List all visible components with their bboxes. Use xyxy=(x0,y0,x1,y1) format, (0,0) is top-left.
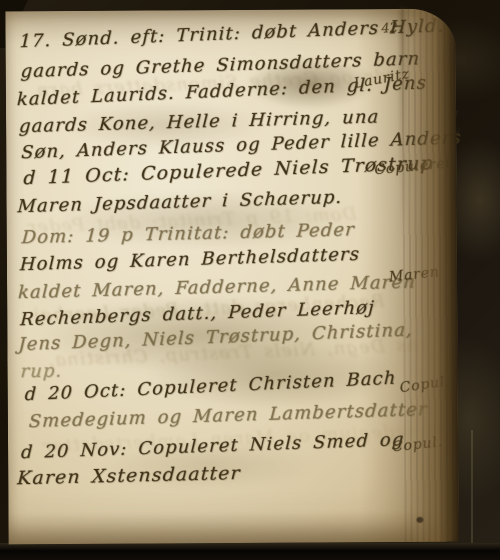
manuscript-line: Karen Xstensdaatter xyxy=(17,462,242,489)
manuscript-page: gaards og Grethe Simonsdatters barn Dom:… xyxy=(5,9,458,545)
photo-bottom-border xyxy=(0,543,500,560)
book-page-edge xyxy=(401,9,458,542)
manuscript-line: 17. Sønd. eft: Trinit: døbt Anders Hyld. xyxy=(19,15,445,52)
photo-of-register-page: gaards og Grethe Simonsdatters barn Dom:… xyxy=(0,0,500,560)
manuscript-line: Holms og Karen Berthelsdatters xyxy=(20,244,361,275)
background-light-line xyxy=(471,430,473,560)
manuscript-line: d 20 Oct: Copuleret Christen Bach xyxy=(24,368,396,406)
manuscript-line: rup. xyxy=(20,361,63,383)
